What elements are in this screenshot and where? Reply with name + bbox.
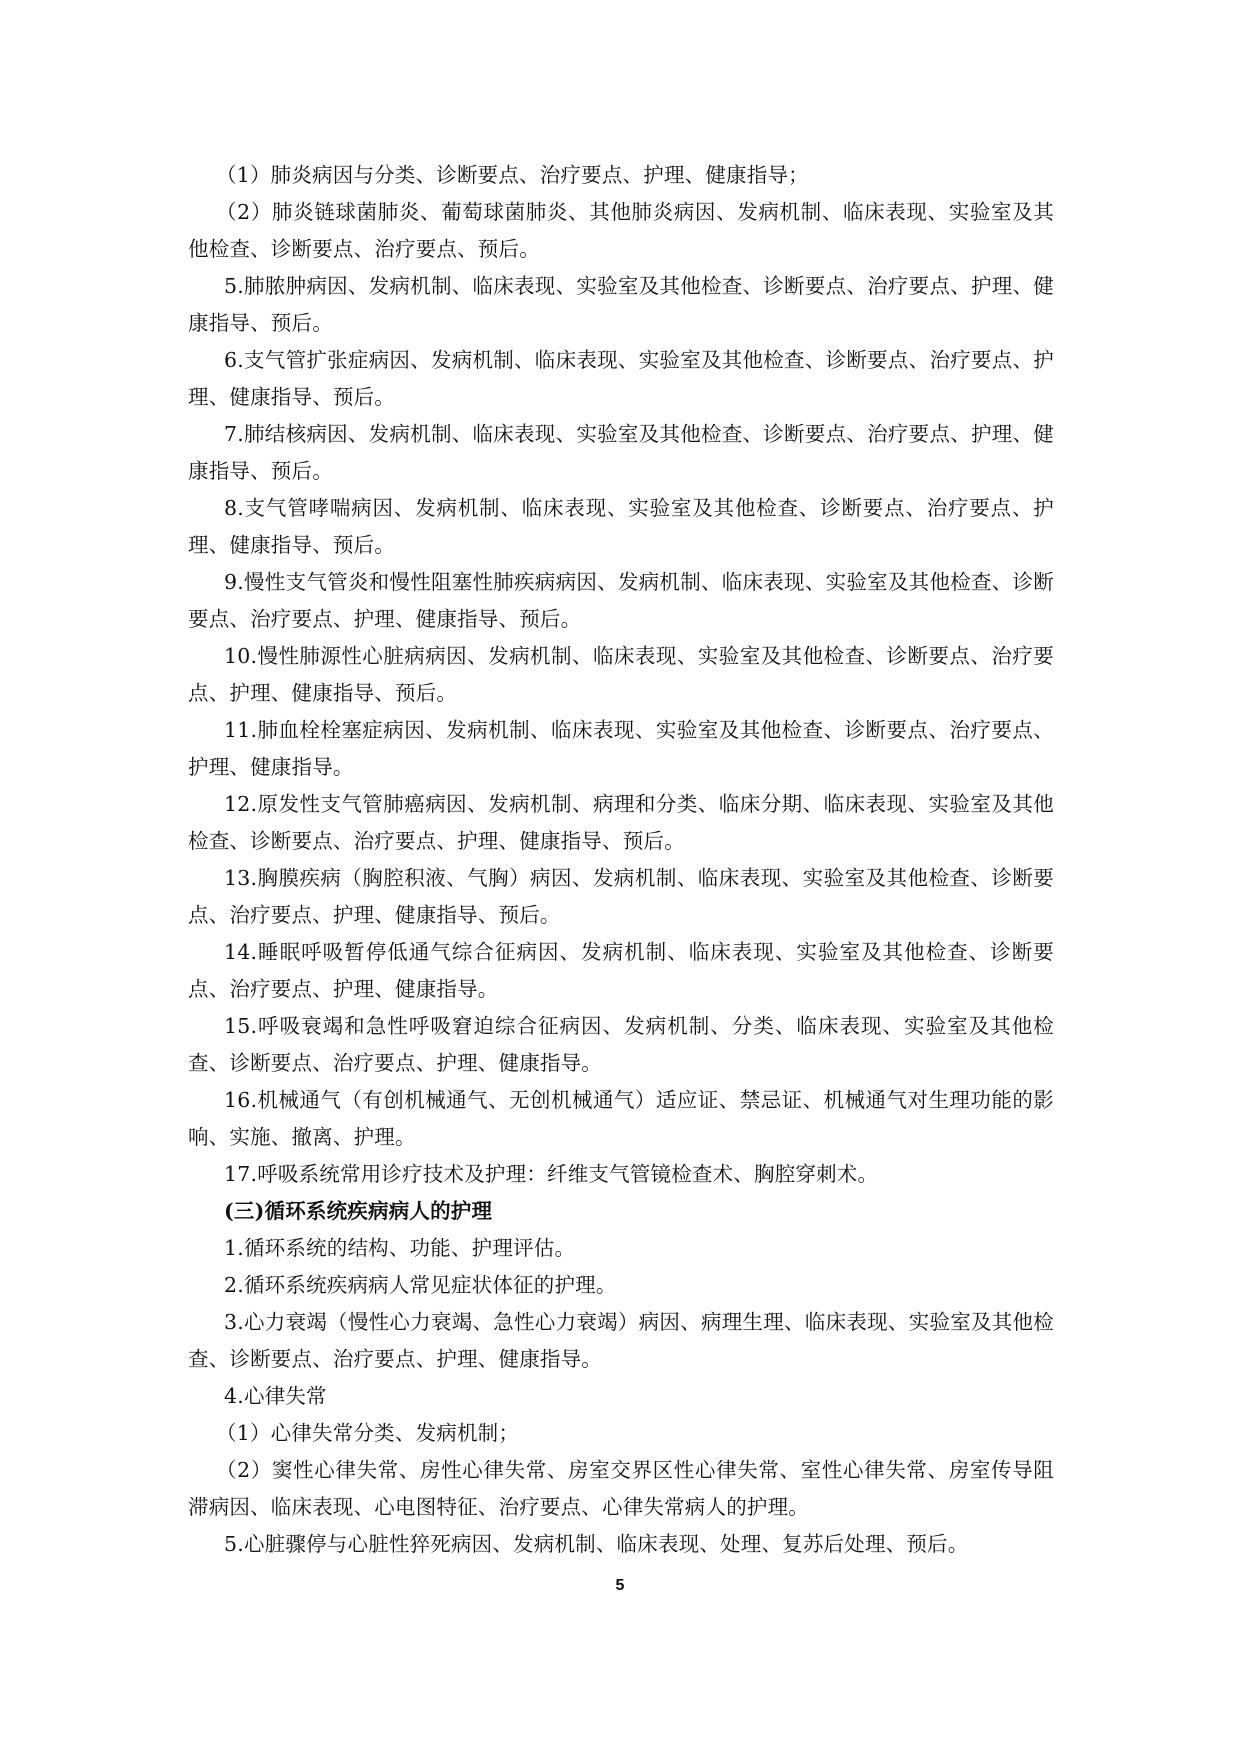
paragraph-item-16: 16.机械通气（有创机械通气、无创机械通气）适应证、禁忌证、机械通气对生理功能的…	[188, 1082, 1054, 1156]
paragraph-item-9: 9.慢性支气管炎和慢性阻塞性肺疾病病因、发病机制、临床表现、实验室及其他检查、诊…	[188, 564, 1054, 638]
paragraph-circ-1: 1.循环系统的结构、功能、护理评估。	[188, 1230, 1054, 1267]
page-number: 5	[0, 1577, 1240, 1595]
paragraph-item-7: 7.肺结核病因、发病机制、临床表现、实验室及其他检查、诊断要点、治疗要点、护理、…	[188, 416, 1054, 490]
paragraph-item-10: 10.慢性肺源性心脏病病因、发病机制、临床表现、实验室及其他检查、诊断要点、治疗…	[188, 638, 1054, 712]
paragraph-item-13: 13.胸膜疾病（胸腔积液、气胸）病因、发病机制、临床表现、实验室及其他检查、诊断…	[188, 860, 1054, 934]
document-body: （1）肺炎病因与分类、诊断要点、治疗要点、护理、健康指导； （2）肺炎链球菌肺炎…	[188, 157, 1054, 1563]
paragraph-item-8: 8.支气管哮喘病因、发病机制、临床表现、实验室及其他检查、诊断要点、治疗要点、护…	[188, 490, 1054, 564]
paragraph-circ-5: 5.心脏骤停与心脏性猝死病因、发病机制、临床表现、处理、复苏后处理、预后。	[188, 1526, 1054, 1563]
paragraph-item-5: 5.肺脓肿病因、发病机制、临床表现、实验室及其他检查、诊断要点、治疗要点、护理、…	[188, 268, 1054, 342]
paragraph-pneumonia-1: （1）肺炎病因与分类、诊断要点、治疗要点、护理、健康指导；	[188, 157, 1054, 194]
paragraph-circ-3: 3.心力衰竭（慢性心力衰竭、急性心力衰竭）病因、病理生理、临床表现、实验室及其他…	[188, 1304, 1054, 1378]
paragraph-item-11: 11.肺血栓栓塞症病因、发病机制、临床表现、实验室及其他检查、诊断要点、治疗要点…	[188, 712, 1054, 786]
paragraph-item-17: 17.呼吸系统常用诊疗技术及护理：纤维支气管镜检查术、胸腔穿刺术。	[188, 1156, 1054, 1193]
paragraph-circ-2: 2.循环系统疾病病人常见症状体征的护理。	[188, 1267, 1054, 1304]
paragraph-item-14: 14.睡眠呼吸暂停低通气综合征病因、发病机制、临床表现、实验室及其他检查、诊断要…	[188, 934, 1054, 1008]
paragraph-item-6: 6.支气管扩张症病因、发病机制、临床表现、实验室及其他检查、诊断要点、治疗要点、…	[188, 342, 1054, 416]
paragraph-item-15: 15.呼吸衰竭和急性呼吸窘迫综合征病因、发病机制、分类、临床表现、实验室及其他检…	[188, 1008, 1054, 1082]
paragraph-pneumonia-2: （2）肺炎链球菌肺炎、葡萄球菌肺炎、其他肺炎病因、发病机制、临床表现、实验室及其…	[188, 194, 1054, 268]
paragraph-arrhythmia-1: （1）心律失常分类、发病机制；	[188, 1415, 1054, 1452]
section-heading: (三)循环系统疾病病人的护理	[188, 1193, 1054, 1230]
paragraph-arrhythmia-2: （2）窦性心律失常、房性心律失常、房室交界区性心律失常、室性心律失常、房室传导阻…	[188, 1452, 1054, 1526]
paragraph-circ-4: 4.心律失常	[188, 1378, 1054, 1415]
paragraph-item-12: 12.原发性支气管肺癌病因、发病机制、病理和分类、临床分期、临床表现、实验室及其…	[188, 786, 1054, 860]
